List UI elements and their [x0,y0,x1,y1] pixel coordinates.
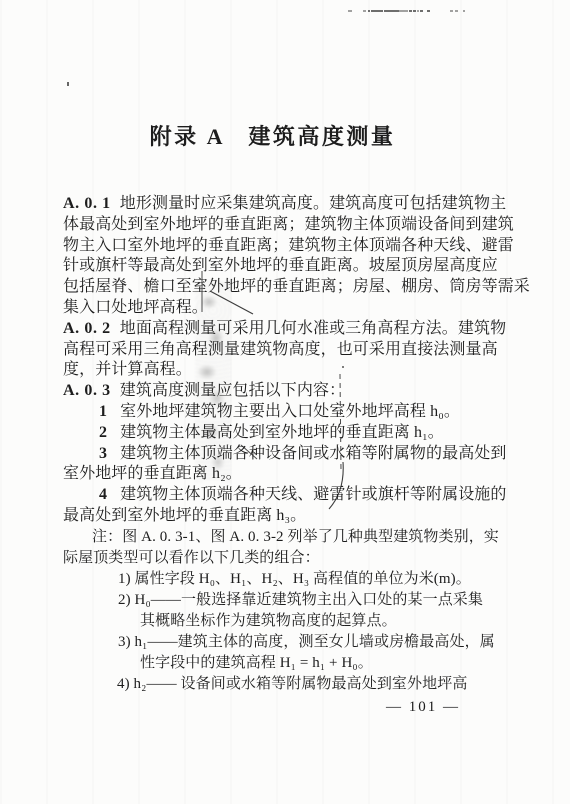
text-line: A. 0. 2地面高程测量可采用几何水准或三角高程方法。建筑物 [63,319,506,339]
section-number: A. 0. 2 [63,320,111,337]
note-line: 4) h₂—— 设备间或水箱等附属物最高处到室外地坪高 [117,675,467,694]
line-text: 4) h₂—— 设备间或水箱等附属物最高处到室外地坪高 [117,676,467,692]
line-text: 高程可采用三角高程测量建筑物高度，也可采用直接法测量高 [63,341,498,358]
text-line: 物主入口室外地坪的垂直距离；建筑物主体顶端各种天线、避雷 [63,236,514,256]
line-text: 包括屋脊、檐口至室外地坪的垂直距离；房屋、棚房、筒房等需采 [63,278,530,295]
line-text: 最高处到室外地坪的垂直距离 h₃。 [63,507,306,524]
list-item: 1室外地坪建筑物主要出入口处室外地坪高程 h₀。 [99,402,460,422]
line-text: 其概略坐标作为建筑物高度的起算点。 [140,613,397,629]
text-line: 针或旗杆等最高处到室外地坪的垂直距离。坡屋顶房屋高度应 [63,256,498,276]
text-line: A. 0. 1地形测量时应采集建筑高度。建筑高度可包括建筑物主 [63,194,506,214]
note-line: 3) h₁——建筑主体的高度，测至女儿墙或房檐最高处，属 [118,633,495,652]
page-title: 附录 A 建筑高度测量 [0,120,545,151]
line-text: 体最高处到室外地坪的垂直距离；建筑物主体顶端设备间到建筑 [63,216,514,233]
line-text: 集入口处地坪高程。 [63,299,208,316]
line-text: 1) 属性字段 H₀、H₁、H₂、H₃ 高程值的单位为米(m)。 [118,571,471,587]
text-line: 高程可采用三角高程测量建筑物高度，也可采用直接法测量高 [63,340,498,360]
line-text: 性字段中的建筑高程 H₁ = h₁ + H₀。 [140,655,373,671]
note-line: 际屋顶类型可以看作以下几类的组合： [63,549,320,568]
line-text: 注：图 A. 0. 3-1、图 A. 0. 3-2 列举了几种典型建筑物类别，实 [92,529,499,545]
text-line: A. 0. 3建筑高度测量应包括以下内容： [63,381,345,401]
text-line: 体最高处到室外地坪的垂直距离；建筑物主体顶端设备间到建筑 [63,215,514,235]
section-number: A. 0. 1 [63,195,111,212]
line-text: 2) H₀——一般选择靠近建筑物主出入口处的某一点采集 [118,592,483,608]
note-line: 其概略坐标作为建筑物高度的起算点。 [140,612,397,631]
line-text: 建筑物主体最高处到室外地坪的垂直距离 h₁。 [120,424,444,441]
list-item: 4建筑物主体顶端各种天线、避雷针或旗杆等附属设施的 [99,485,507,505]
line-text: 针或旗杆等最高处到室外地坪的垂直距离。坡屋顶房屋高度应 [63,257,498,274]
note-line: 注：图 A. 0. 3-1、图 A. 0. 3-2 列举了几种典型建筑物类别，实 [92,528,499,547]
line-text: 建筑高度测量应包括以下内容： [120,382,345,399]
text-line: 集入口处地坪高程。 [63,298,208,318]
note-line: 2) H₀——一般选择靠近建筑物主出入口处的某一点采集 [118,591,483,610]
line-text: 度，并计算高程。 [63,361,192,378]
list-number: 3 [99,445,107,462]
line-text: 地形测量时应采集建筑高度。建筑高度可包括建筑物主 [120,195,506,212]
note-line: 1) 属性字段 H₀、H₁、H₂、H₃ 高程值的单位为米(m)。 [118,570,471,589]
line-text: 3) h₁——建筑主体的高度，测至女儿墙或房檐最高处，属 [118,634,495,650]
list-item: 2建筑物主体最高处到室外地坪的垂直距离 h₁。 [99,423,444,443]
line-text: 际屋顶类型可以看作以下几类的组合： [63,550,320,566]
page-number: — 101 — [386,699,460,716]
text-line: 包括屋脊、檐口至室外地坪的垂直距离；房屋、棚房、筒房等需采 [63,277,530,297]
text-line: 室外地坪的垂直距离 h₂。 [63,464,242,484]
line-text: 室外地坪建筑物主要出入口处室外地坪高程 h₀。 [120,403,460,420]
line-text: 建筑物主体顶端各种天线、避雷针或旗杆等附属设施的 [120,486,506,503]
list-number: 2 [99,424,107,441]
list-item: 3建筑物主体顶端各种设备间或水箱等附属物的最高处到 [99,444,507,464]
section-number: A. 0. 3 [63,382,111,399]
list-number: 4 [99,486,107,503]
scanned-document-page: 附录 A 建筑高度测量 A. 0. 1地形测量时应采集建筑高度。建筑高度可包括建… [0,0,570,804]
line-text: 地面高程测量可采用几何水准或三角高程方法。建筑物 [120,320,506,337]
line-text: 物主入口室外地坪的垂直距离；建筑物主体顶端各种天线、避雷 [63,237,514,254]
list-number: 1 [99,403,107,420]
note-line: 性字段中的建筑高程 H₁ = h₁ + H₀。 [140,654,373,673]
line-text: 建筑物主体顶端各种设备间或水箱等附属物的最高处到 [120,445,506,462]
line-text: 室外地坪的垂直距离 h₂。 [63,465,242,482]
text-line: 度，并计算高程。 [63,360,192,380]
text-line: 最高处到室外地坪的垂直距离 h₃。 [63,506,306,526]
